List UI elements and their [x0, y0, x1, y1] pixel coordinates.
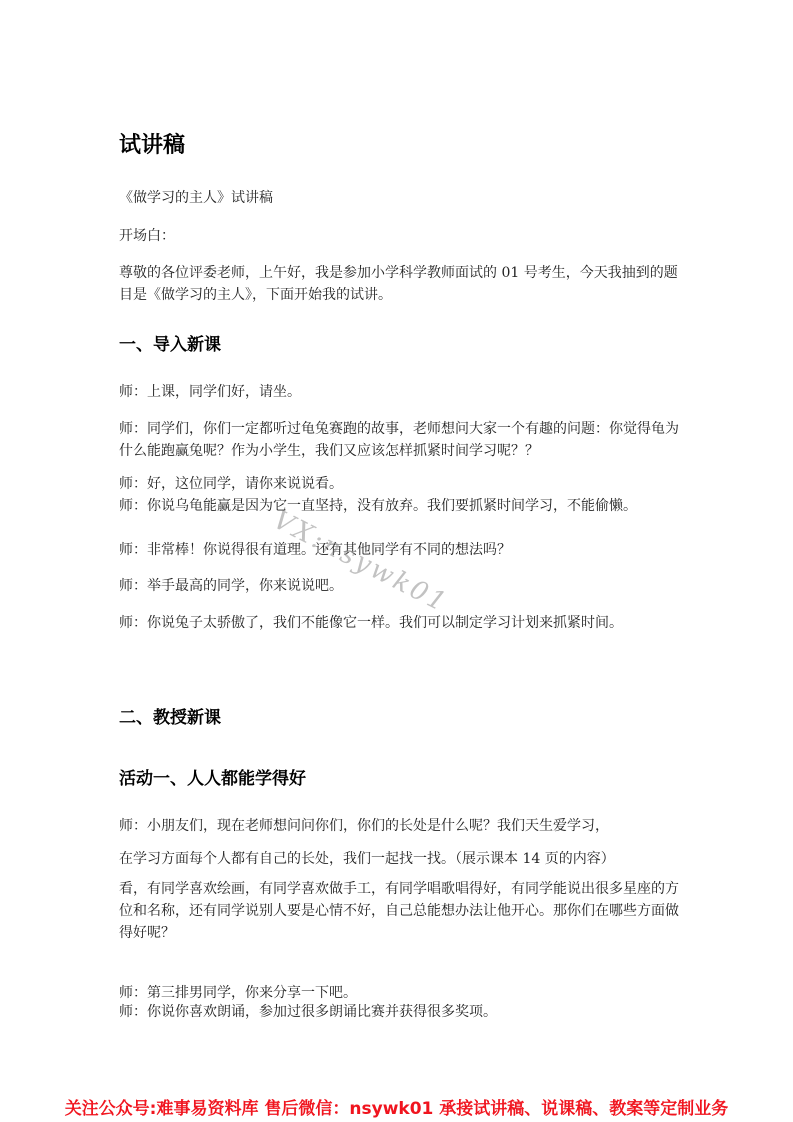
- document-subtitle: 《做学习的主人》试讲稿: [119, 187, 679, 209]
- document-page: 试讲稿 《做学习的主人》试讲稿 开场白： 尊敬的各位评委老师，上午好，我是参加小…: [0, 0, 793, 1122]
- paragraph: 师：你说你喜欢朗诵，参加过很多朗诵比赛并获得很多奖项。: [119, 1001, 679, 1023]
- activity-heading: 活动一、人人都能学得好: [119, 764, 306, 789]
- footer-banner: 关注公众号:难事易资料库 售后微信：nsywk01 承接试讲稿、说课稿、教案等定…: [0, 1094, 793, 1119]
- paragraph: 看，有同学喜欢绘画，有同学喜欢做手工，有同学唱歌唱得好，有同学能说出很多星座的方…: [119, 878, 679, 944]
- paragraph: 师：小朋友们，现在老师想问问你们，你们的长处是什么呢？我们天生爱学习，: [119, 815, 679, 837]
- paragraph: 师：非常棒！你说得很有道理。还有其他同学有不同的想法吗？: [119, 539, 679, 561]
- section-heading-teaching: 二、教授新课: [119, 703, 221, 728]
- paragraph: 师：你说乌龟能赢是因为它一直坚持，没有放弃。我们要抓紧时间学习，不能偷懒。: [119, 495, 679, 517]
- opening-text: 尊敬的各位评委老师，上午好，我是参加小学科学教师面试的 01 号考生，今天我抽到…: [119, 262, 679, 306]
- paragraph: 师：上课，同学们好，请坐。: [119, 381, 679, 403]
- paragraph: 在学习方面每个人都有自己的长处，我们一起找一找。（展示课本 14 页的内容）: [119, 848, 679, 870]
- document-title: 试讲稿: [119, 128, 185, 159]
- paragraph: 师：好，这位同学，请你来说说看。: [119, 473, 679, 495]
- opening-label: 开场白：: [119, 225, 679, 247]
- section-heading-intro: 一、导入新课: [119, 330, 221, 355]
- watermark: VX:nsywk01: [268, 505, 453, 619]
- paragraph: 师：你说兔子太骄傲了，我们不能像它一样。我们可以制定学习计划来抓紧时间。: [119, 612, 679, 634]
- paragraph: 师：同学们，你们一定都听过龟兔赛跑的故事，老师想问大家一个有趣的问题：你觉得龟为…: [119, 418, 679, 462]
